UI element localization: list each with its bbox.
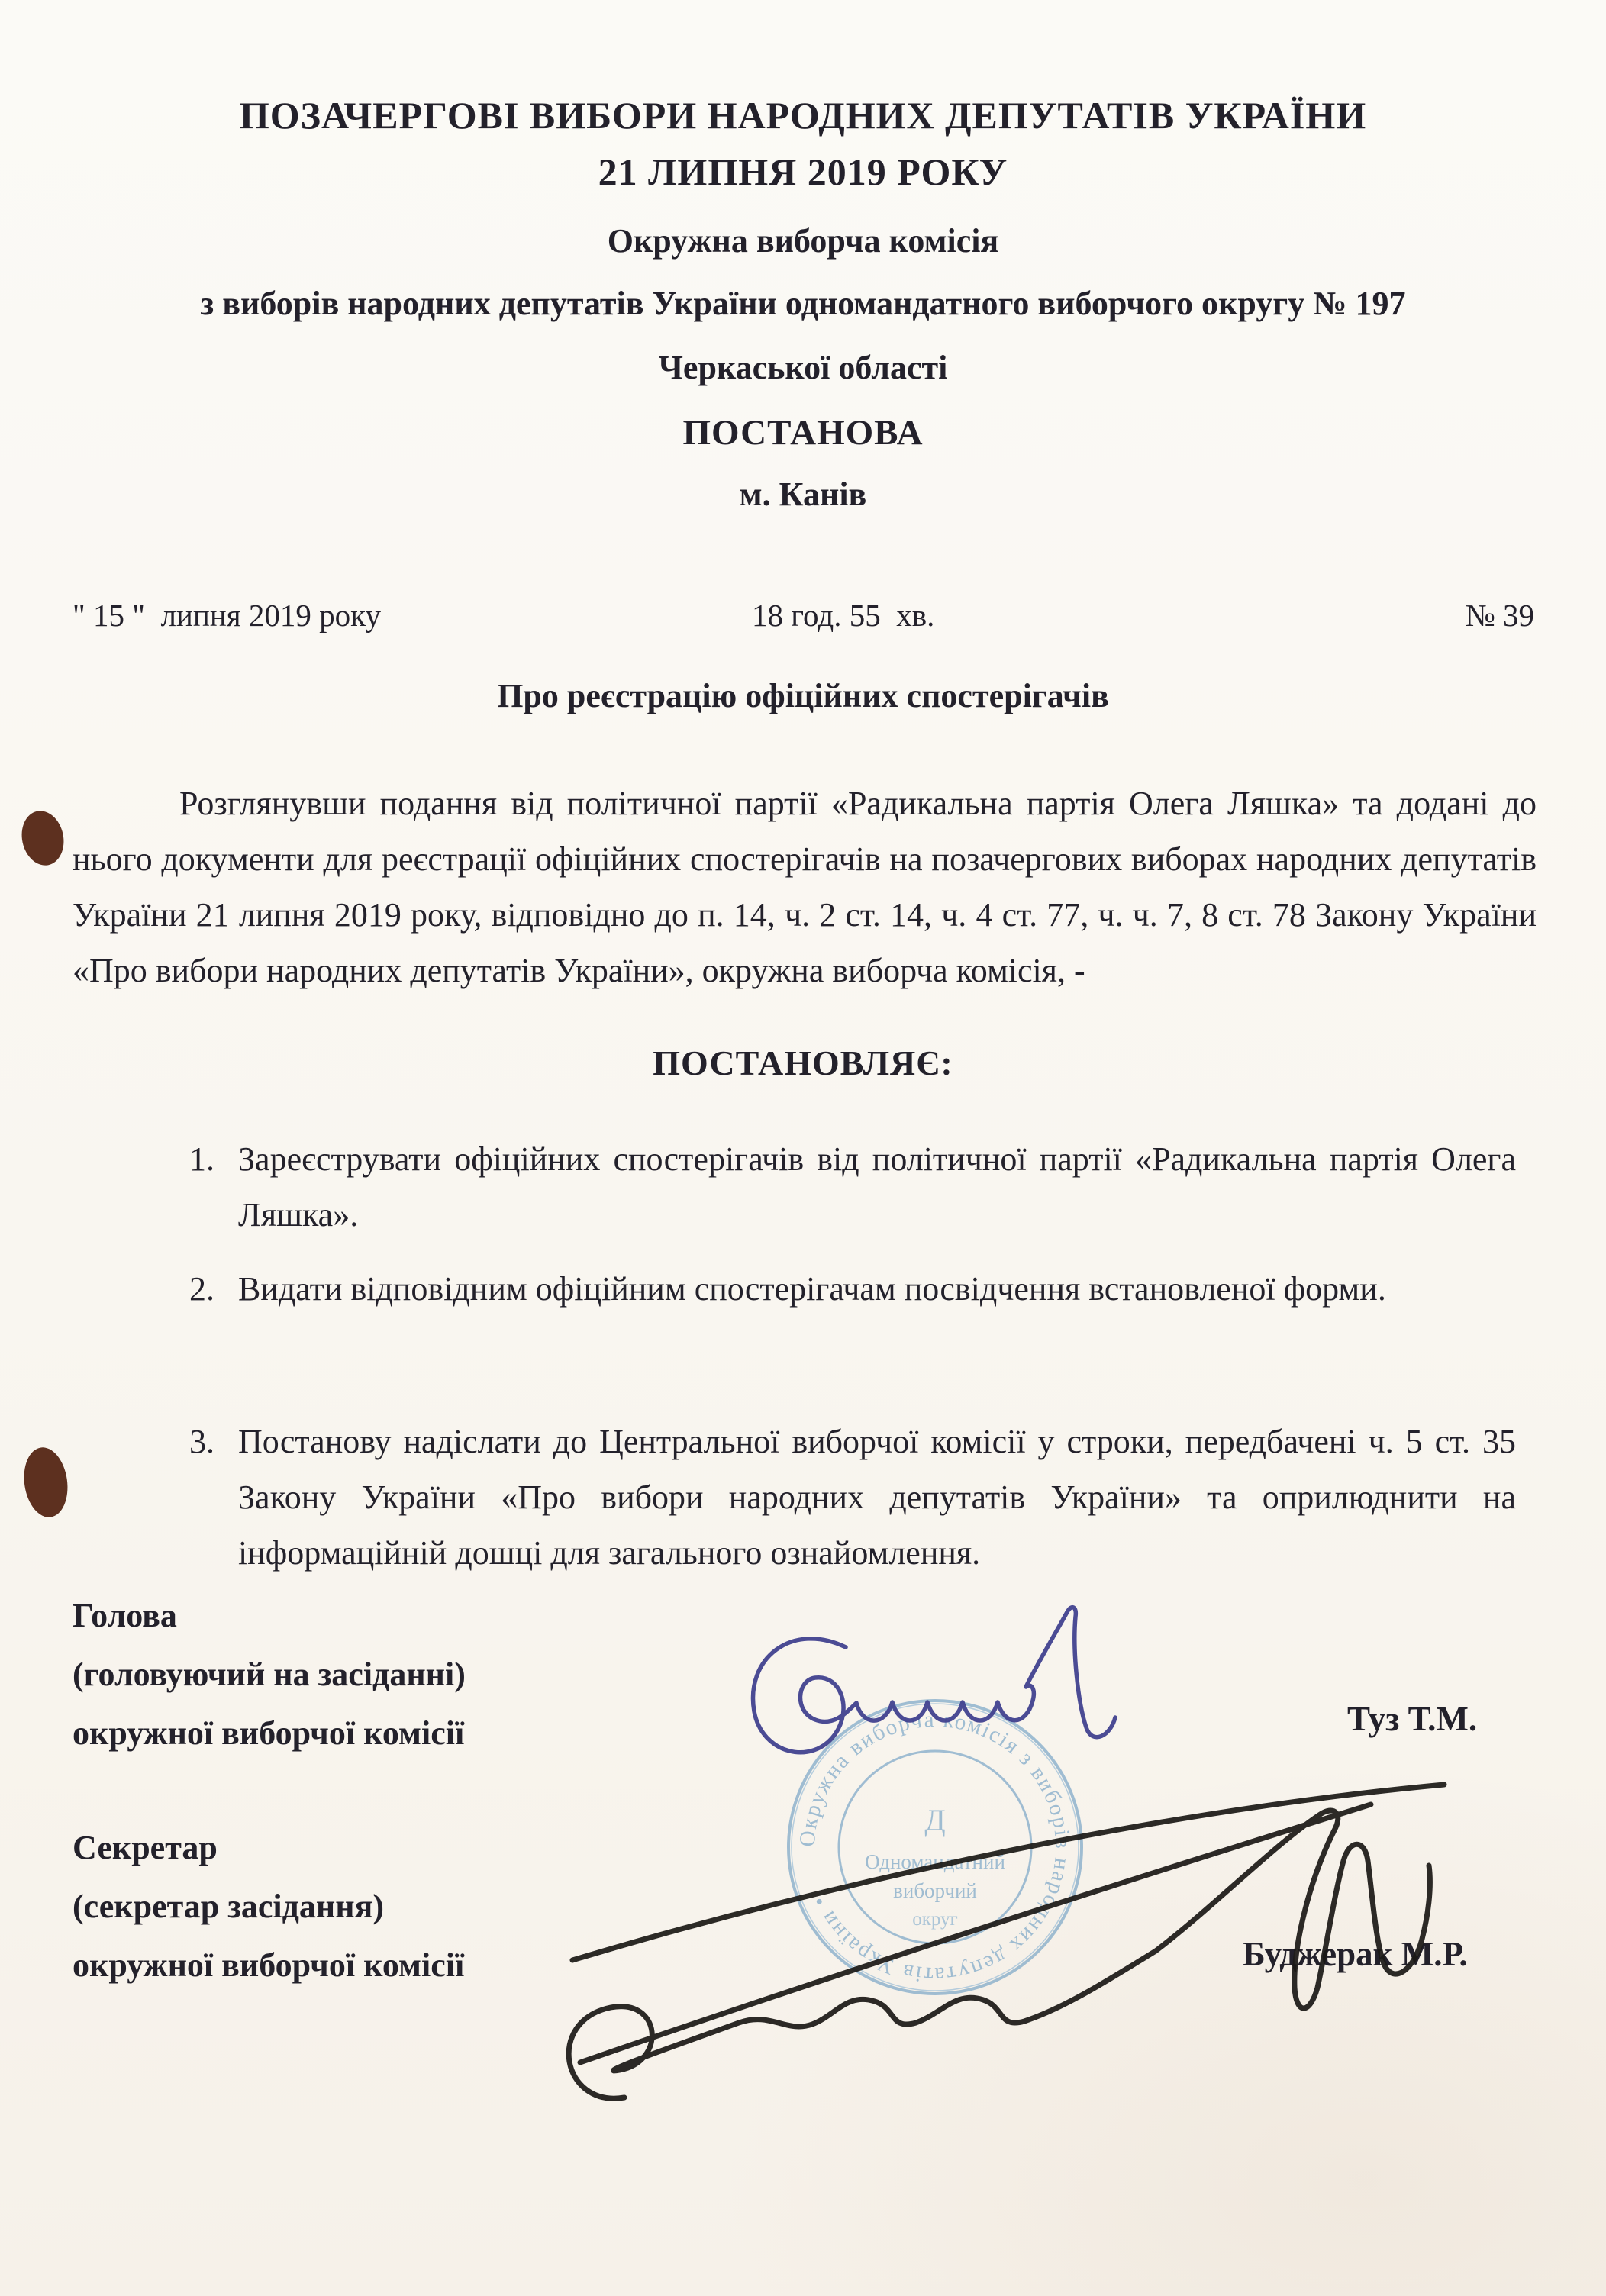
secretary-name: Буджерак М.Р. (1243, 1934, 1468, 1974)
document-type: ПОСТАНОВА (0, 412, 1606, 453)
subject-line: Про реєстрацію офіційних спостерігачів (0, 676, 1606, 715)
resolution-item: 1. Зареєструвати офіційних спостерігачів… (189, 1131, 1516, 1243)
role-line: (секретар засідання) (73, 1877, 464, 1936)
resolution-text: Зареєструвати офіційних спостерігачів ві… (238, 1131, 1516, 1243)
resolution-text: Видати відповідним офіційним спостерігач… (238, 1261, 1516, 1317)
chairman-role-label: Голова (головуючий на засіданні) окружно… (73, 1586, 466, 1762)
document-date: " 15 " липня 2019 року (73, 597, 381, 634)
commission-name: Окружна виборча комісія (0, 221, 1606, 260)
svg-text:Окружна виборча комісія з вибо: Окружна виборча комісія з виборів народн… (795, 1707, 1075, 1987)
role-line: окружної виборчої комісії (73, 1704, 466, 1762)
scanned-resolution-document: ПОЗАЧЕРГОВІ ВИБОРИ НАРОДНИХ ДЕПУТАТІВ УК… (0, 0, 1606, 2296)
official-stamp: Окружна виборча комісія з виборів народн… (788, 1701, 1082, 1994)
ink-stain (17, 807, 72, 1520)
resolution-number: 1. (189, 1131, 238, 1243)
chairman-name: Туз Т.М. (1347, 1699, 1477, 1739)
title-line-1: ПОЗАЧЕРГОВІ ВИБОРИ НАРОДНИХ ДЕПУТАТІВ УК… (0, 93, 1606, 137)
role-line: Голова (73, 1586, 466, 1645)
document-number: № 39 (1466, 597, 1534, 634)
chairman-signature (753, 1608, 1115, 1753)
role-line: окружної виборчої комісії (73, 1936, 464, 1994)
resolves-heading: ПОСТАНОВЛЯЄ: (0, 1043, 1606, 1083)
city-name: м. Канів (0, 475, 1606, 514)
stamp-center-line3: округ (912, 1909, 958, 1930)
resolution-item: 2. Видати відповідним офіційним спостері… (189, 1261, 1516, 1317)
commission-district: з виборів народних депутатів України одн… (0, 284, 1606, 323)
stamp-center-line1: Одномандатний (865, 1850, 1005, 1873)
secretary-role-label: Секретар (секретар засідання) окружної в… (73, 1818, 464, 1994)
resolution-number: 2. (189, 1261, 238, 1317)
resolution-number: 3. (189, 1414, 238, 1581)
role-line: Секретар (73, 1818, 464, 1877)
document-time: 18 год. 55 хв. (752, 597, 934, 634)
resolution-text: Постанову надіслати до Центральної вибор… (238, 1414, 1516, 1581)
stamp-ring-text: Окружна виборча комісія з виборів народн… (795, 1707, 1075, 1987)
region-name: Черкаської області (0, 348, 1606, 387)
stamp-center-letter: Д (924, 1803, 945, 1837)
stamp-center-line2: виборчий (893, 1879, 977, 1902)
preamble-paragraph: Розглянувши подання від політичної парті… (73, 776, 1537, 998)
resolution-item: 3. Постанову надіслати до Центральної ви… (189, 1414, 1516, 1581)
title-line-2: 21 ЛИПНЯ 2019 РОКУ (0, 150, 1606, 194)
role-line: (головуючий на засіданні) (73, 1645, 466, 1704)
